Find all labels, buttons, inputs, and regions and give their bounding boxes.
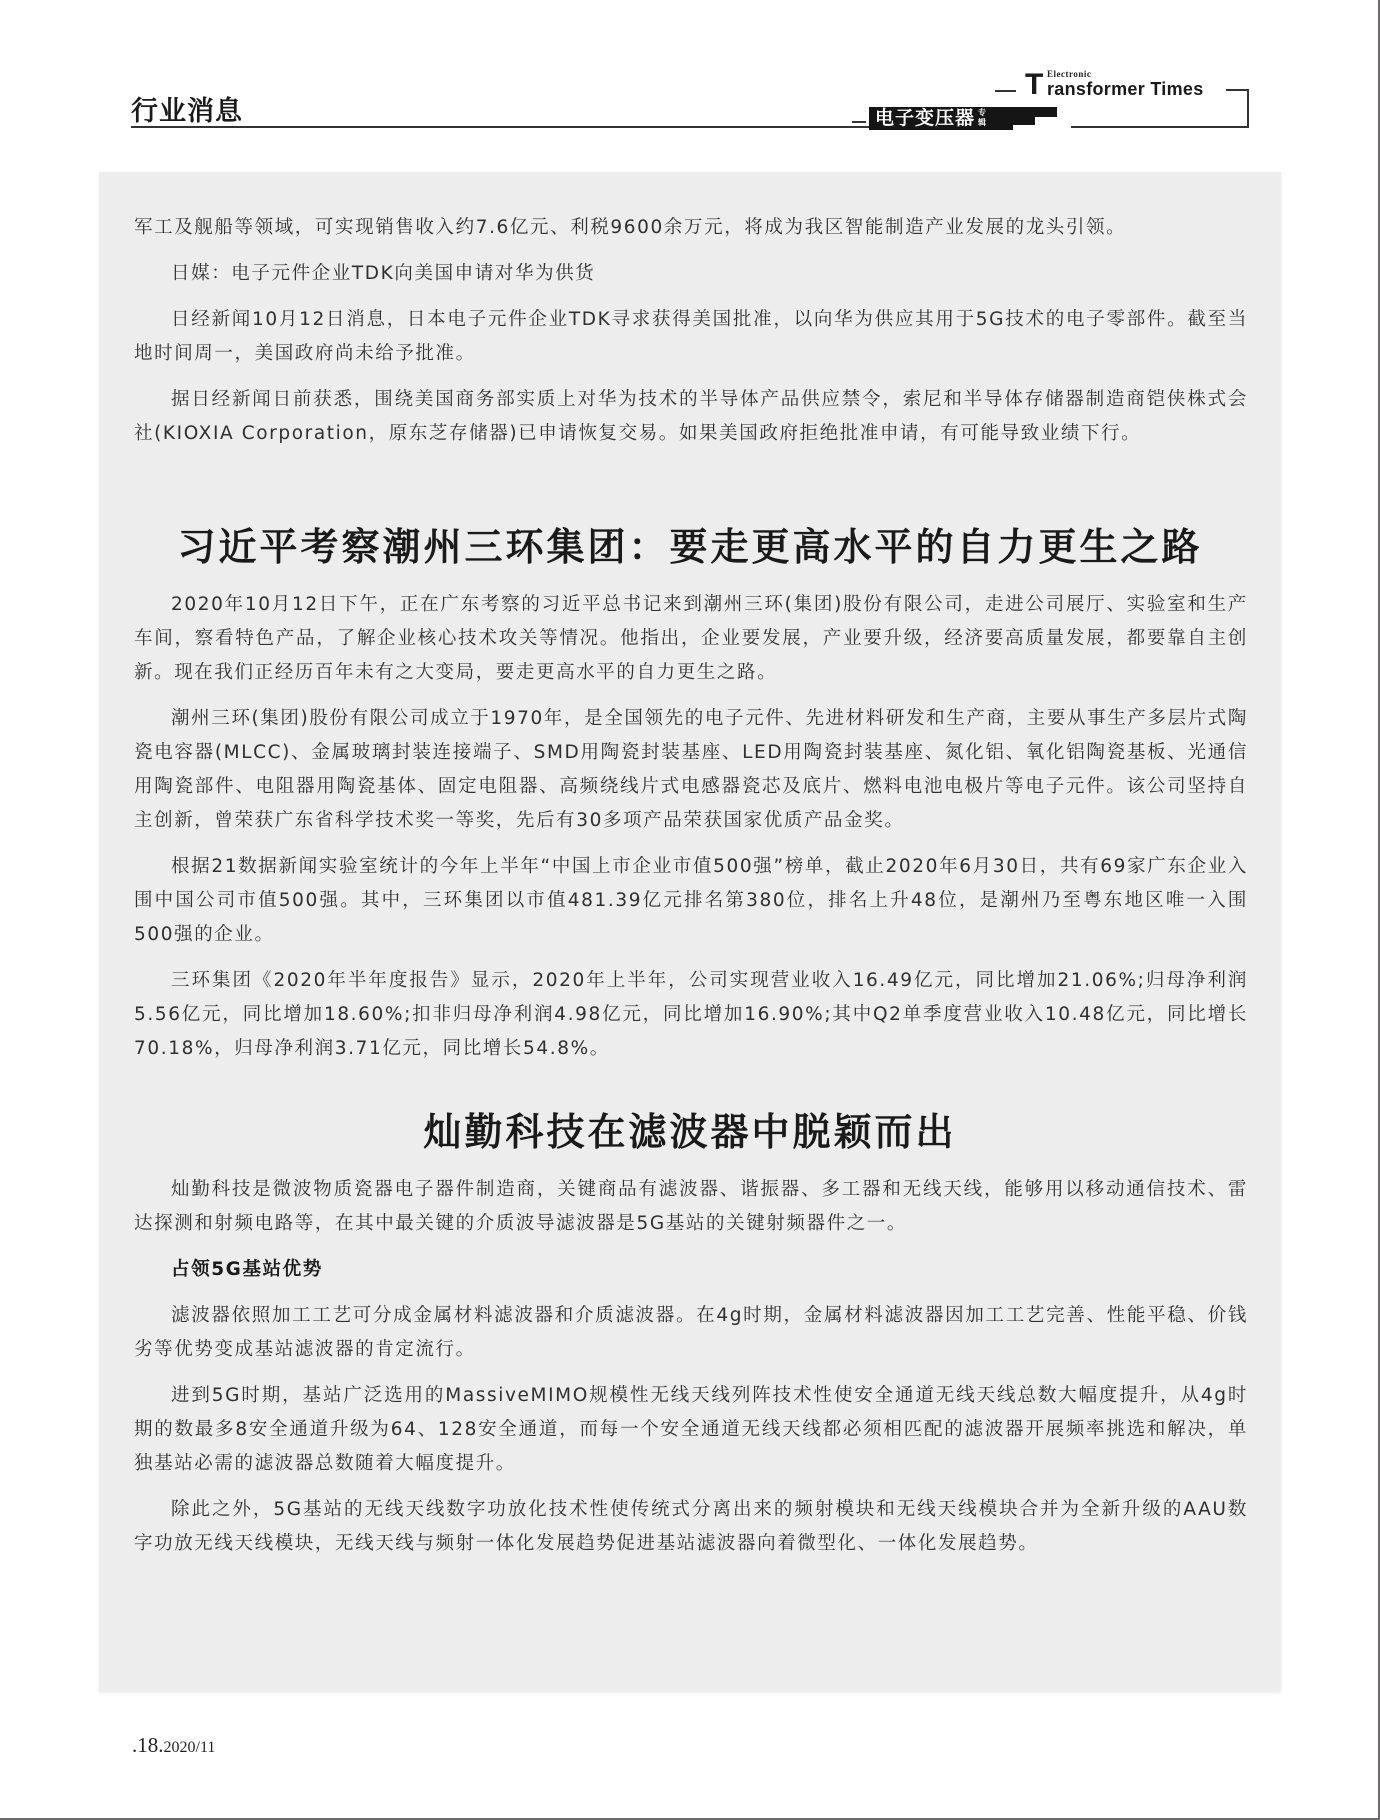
paragraph: 日经新闻10月12日消息，日本电子元件企业TDK寻求获得美国批准，以向华为供应其… [134,303,1248,371]
paragraph: 根据21数据新闻实验室统计的今年上半年“中国上市企业市值500强”榜单，截止20… [134,850,1248,952]
paragraph: 据日经新闻日前获悉，围绕美国商务部实质上对华为技术的半导体产品供应禁令，索尼和半… [134,383,1248,451]
intro-section: 军工及舰船等领域，可实现销售收入约7.6亿元、利税9600余万元，将成为我区智能… [134,211,1248,463]
paragraph: 2020年10月12日下午，正在广东考察的习近平总书记来到潮州三环(集团)股份有… [134,588,1248,690]
magazine-logo-cn: 电子变压器 [869,107,995,130]
subheading: 占领5G基站优势 [134,1253,1248,1287]
paragraph: 军工及舰船等领域，可实现销售收入约7.6亿元、利税9600余万元，将成为我区智能… [134,211,1248,245]
magazine-name-cn: 电子变压器 [875,107,975,129]
paragraph: 滤波器依照加工工艺可分成金属材料滤波器和介质滤波器。在4g时期，金属材料滤波器因… [134,1299,1248,1367]
news-headline: 日媒：电子元件企业TDK向美国申请对华为供货 [134,257,1248,291]
paragraph: 三环集团《2020年半年度报告》显示，2020年上半年，公司实现营业收入16.4… [134,964,1248,1066]
paragraph: 灿勤科技是微波物质瓷器电子器件制造商，关键商品有滤波器、谐振器、多工器和无线天线… [134,1173,1248,1241]
paragraph: 进到5G时期，基站广泛选用的MassiveMIMO规模性无线天线列阵技术性使安全… [134,1379,1248,1481]
logo-step-decoration [995,124,1013,130]
header-bracket [1247,89,1249,128]
article-title: 灿勤科技在滤波器中脱颖而出 [99,1109,1281,1155]
header-rule [1071,126,1249,128]
section-label: 行业消息 [131,96,243,128]
magazine-logo-en: ransformer Times [1047,78,1204,100]
header-rule-dash [995,90,1016,92]
page-footer: .18.2020/11 [132,1733,215,1758]
header-rule [131,126,871,128]
paragraph: 潮州三环(集团)股份有限公司成立于1970年，是全国领先的电子元件、先进材料研发… [134,702,1248,838]
header-rule-dash [1226,89,1248,91]
article-body: 灿勤科技是微波物质瓷器电子器件制造商，关键商品有滤波器、谐振器、多工器和无线天线… [134,1173,1248,1573]
article-title: 习近平考察潮州三环集团：要走更高水平的自力更生之路 [99,524,1281,570]
magazine-logo-cn-tag: 专辑 [978,108,988,128]
page-number: .18. [132,1733,164,1757]
header-rule-dash [852,121,866,123]
magazine-logo-en-initial: T [1025,70,1043,100]
paragraph: 除此之外，5G基站的无线天线数字功放化技术性使传统式分离出来的频射模块和无线天线… [134,1493,1248,1561]
article-body: 2020年10月12日下午，正在广东考察的习近平总书记来到潮州三环(集团)股份有… [134,588,1248,1078]
issue-date: 2020/11 [164,1739,216,1756]
